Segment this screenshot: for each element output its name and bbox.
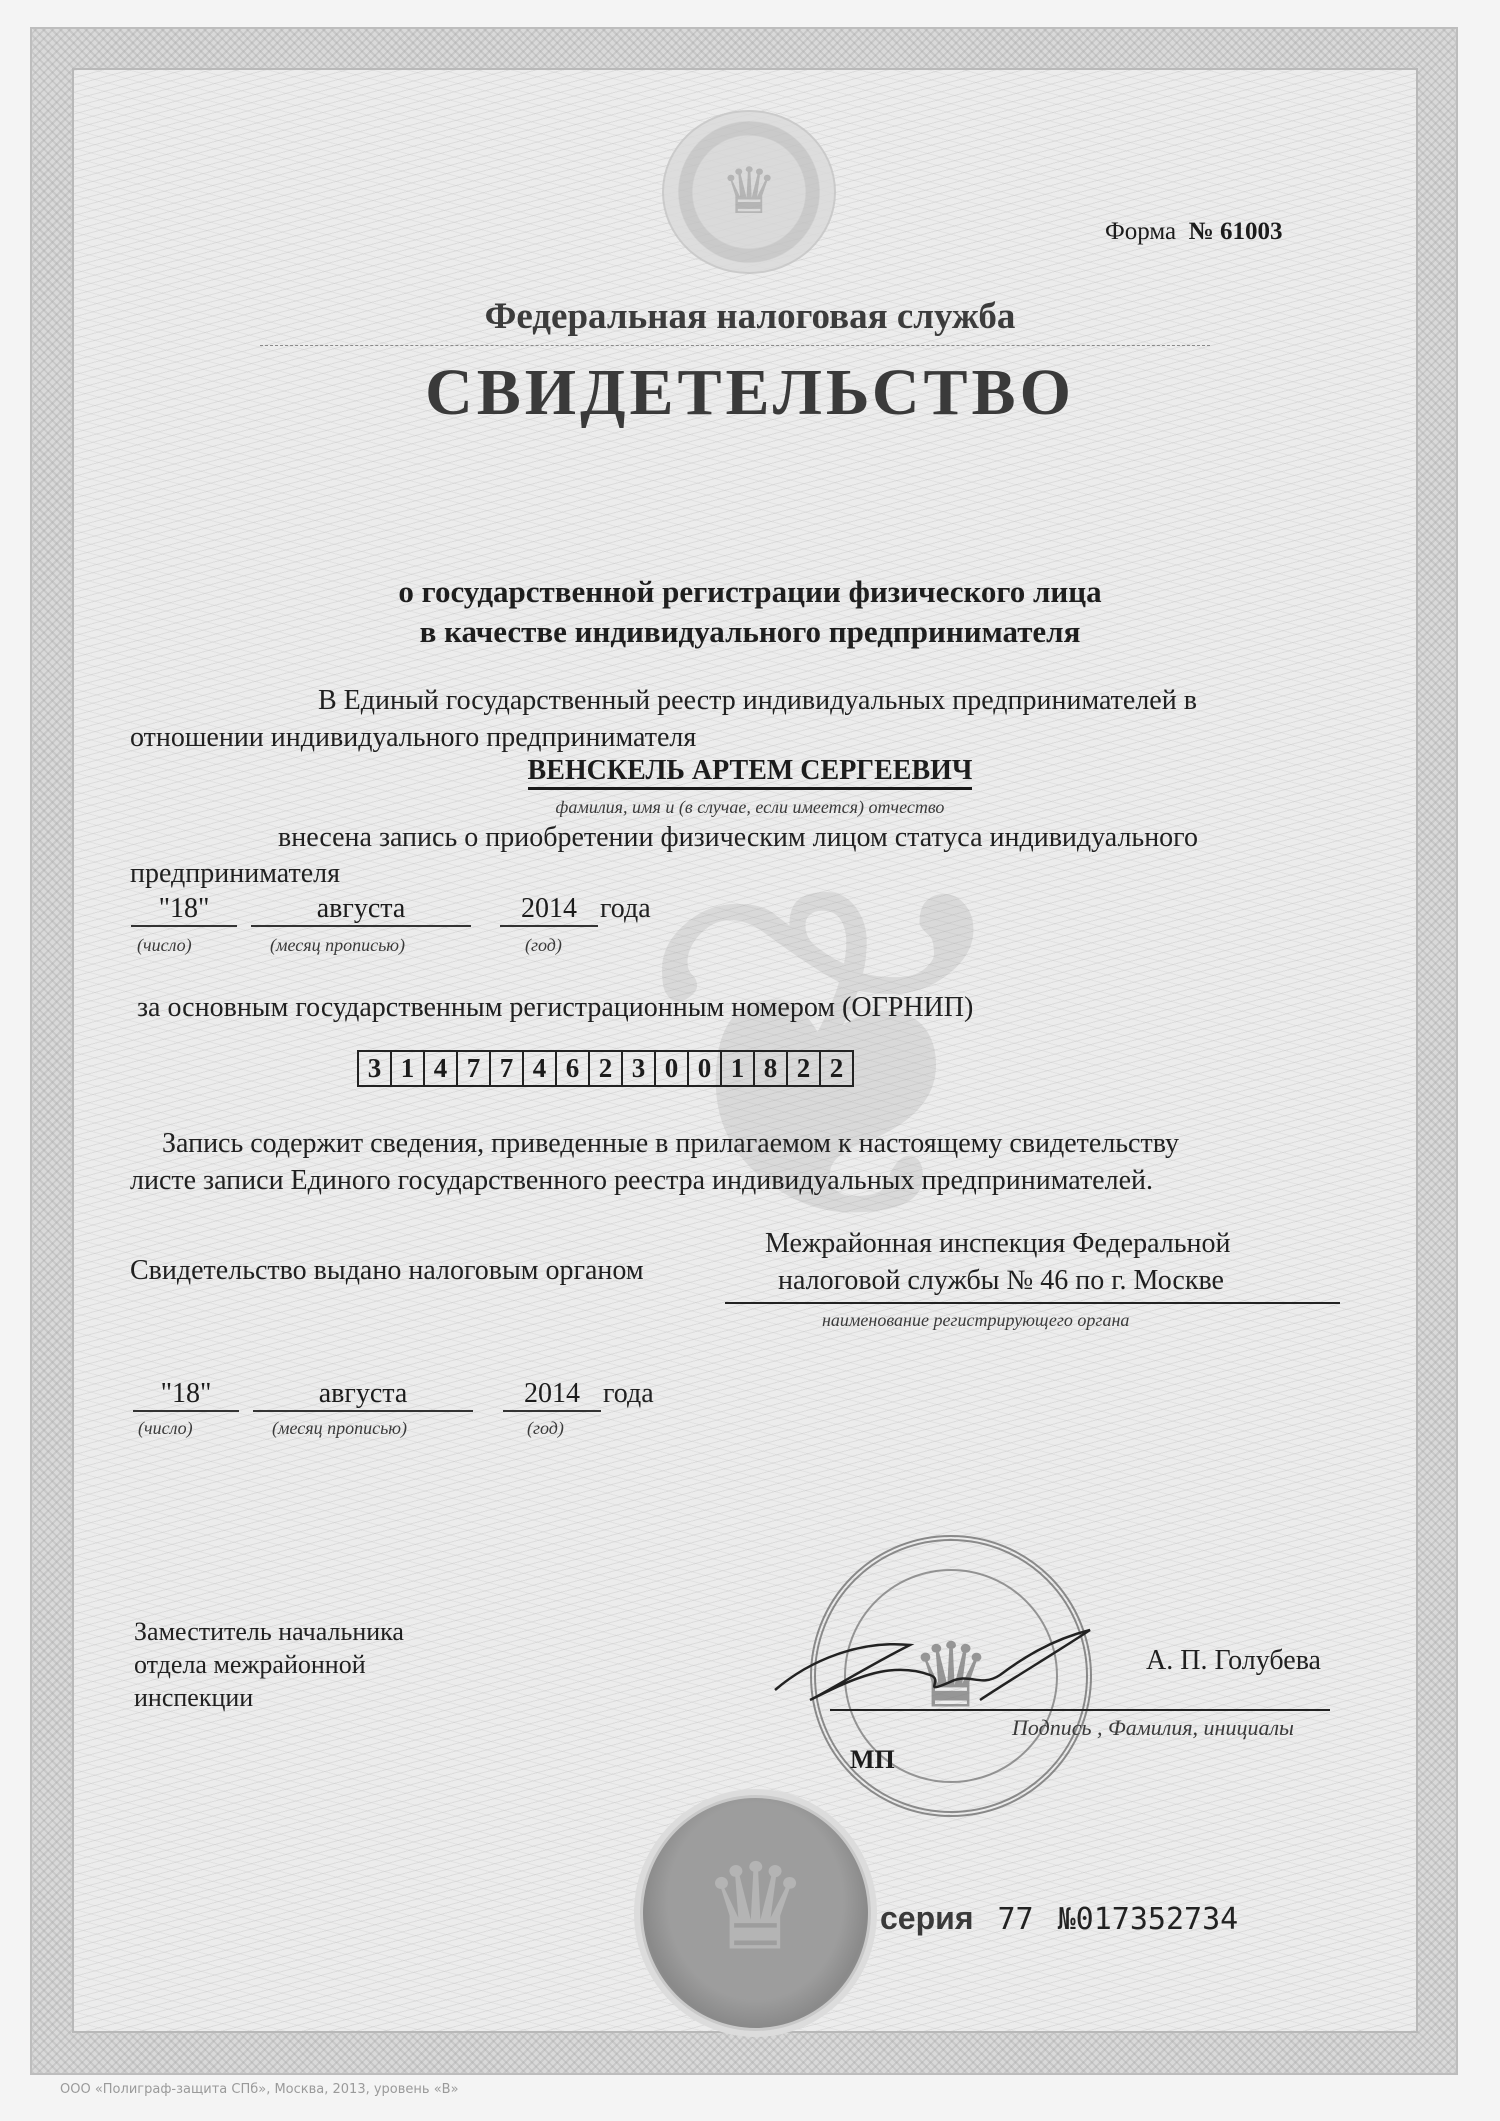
issuer-underline: [725, 1302, 1340, 1304]
document-subtitle: о государственной регистрации физическог…: [0, 572, 1500, 652]
issuer-line2: налоговой службы № 46 по г. Москве: [778, 1265, 1224, 1297]
serial-number: серия 77 №017352734: [880, 1900, 1238, 1937]
entrepreneur-name: ВЕНСКЕЛЬ АРТЕМ СЕРГЕЕВИЧ: [0, 755, 1500, 787]
ogrnip-digit: 2: [788, 1052, 821, 1085]
registration-month: августа: [251, 893, 471, 927]
registration-year-suffix: года: [600, 893, 651, 925]
agency-name: Федеральная налоговая служба: [0, 295, 1500, 338]
divider: [260, 345, 1210, 346]
issue-month-caption: (месяц прописью): [272, 1418, 407, 1439]
form-number: Форма № 61003: [1105, 218, 1283, 246]
ogrnip-digit: 2: [821, 1052, 852, 1085]
day-caption: (число): [137, 935, 192, 956]
hologram-seal-icon: ♛: [640, 1795, 871, 2031]
issue-day-caption: (число): [138, 1418, 193, 1439]
issue-year-suffix: года: [603, 1378, 654, 1410]
ogrnip-digit: 4: [524, 1052, 557, 1085]
issuer-line1: Межрайонная инспекция Федеральной: [765, 1228, 1231, 1260]
year-caption: (год): [525, 935, 562, 956]
ogrnip-digit: 6: [557, 1052, 590, 1085]
ogrnip-digit: 1: [722, 1052, 755, 1085]
seal-place-label: МП: [850, 1745, 895, 1775]
registration-year: 2014: [500, 893, 598, 927]
intro-text-line2: отношении индивидуального предпринимател…: [130, 722, 696, 754]
ogrnip-digit: 1: [392, 1052, 425, 1085]
record-text-line1: внесена запись о приобретении физическим…: [278, 822, 1198, 854]
ogrnip-digit: 4: [425, 1052, 458, 1085]
ogrnip-digit: 7: [491, 1052, 524, 1085]
name-caption: фамилия, имя и (в случае, если имеется) …: [0, 797, 1500, 818]
eagle-icon: ♛: [702, 1839, 810, 1978]
signature-caption: Подпись , Фамилия, инициалы: [1012, 1715, 1294, 1741]
document-title: СВИДЕТЕЛЬСТВО: [0, 355, 1500, 431]
ogrnip-digit: 3: [623, 1052, 656, 1085]
ogrnip-digit: 8: [755, 1052, 788, 1085]
ogrnip-label: за основным государственным регистрацион…: [137, 992, 973, 1024]
issued-by-label: Свидетельство выдано налоговым органом: [130, 1255, 644, 1287]
issue-year-caption: (год): [527, 1418, 564, 1439]
ogrnip-digit: 3: [359, 1052, 392, 1085]
signature-underline: [830, 1709, 1330, 1711]
record-text-line2: предпринимателя: [130, 858, 340, 890]
eagle-icon: ♛: [720, 155, 777, 229]
issue-month: августа: [253, 1378, 473, 1412]
printer-note: ООО «Полиграф-защита СПб», Москва, 2013,…: [60, 2082, 459, 2097]
fns-emblem-icon: ♛: [662, 110, 836, 274]
handwritten-signature-icon: [770, 1620, 1100, 1710]
registration-day: "18": [131, 893, 237, 927]
issue-year: 2014: [503, 1378, 601, 1412]
ogrnip-digit: 0: [689, 1052, 722, 1085]
signer-name: А. П. Голубева: [1146, 1645, 1321, 1677]
intro-text-line1: В Единый государственный реестр индивиду…: [318, 685, 1197, 717]
record-info-line2: листе записи Единого государственного ре…: [130, 1165, 1153, 1197]
record-info-line1: Запись содержит сведения, приведенные в …: [162, 1128, 1179, 1160]
issue-day: "18": [133, 1378, 239, 1412]
ogrnip-number-grid: 314774623001822: [357, 1050, 854, 1087]
ogrnip-digit: 7: [458, 1052, 491, 1085]
ogrnip-digit: 0: [656, 1052, 689, 1085]
ogrnip-digit: 2: [590, 1052, 623, 1085]
signer-position: Заместитель начальника отдела межрайонно…: [134, 1615, 404, 1714]
issuer-caption: наименование регистрирующего органа: [822, 1310, 1129, 1331]
month-caption: (месяц прописью): [270, 935, 405, 956]
